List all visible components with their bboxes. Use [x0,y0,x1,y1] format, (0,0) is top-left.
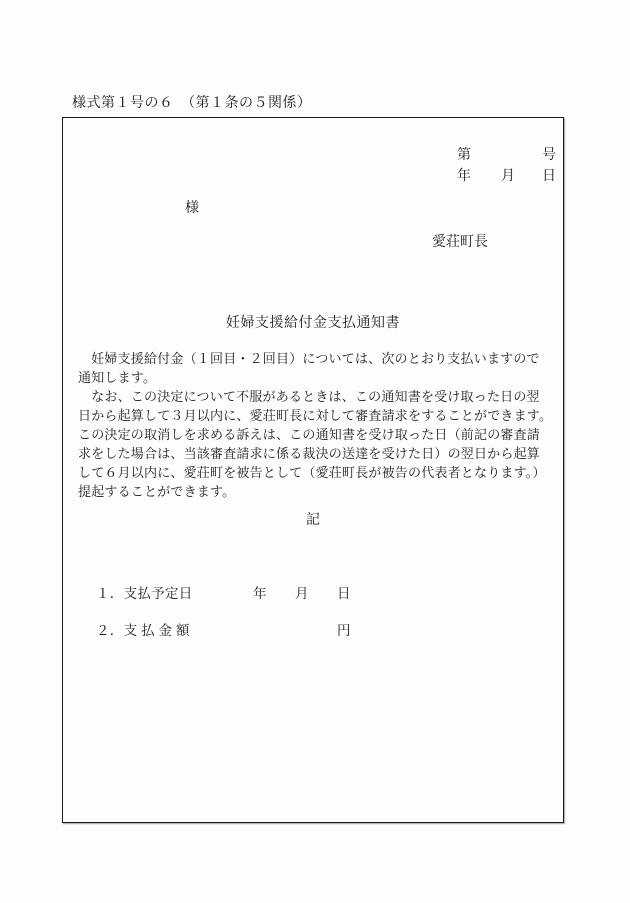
body-line: 提起することができます。 [78,482,552,501]
doc-number-prefix-label: 第 [457,144,471,164]
payment-amount-yen-label: 円 [337,619,351,639]
recipient-honorific: 様 [185,197,199,217]
body-line: なお、この決定について不服があるときは、この通知書を受け取った日の翌 [78,387,552,406]
payment-date-month-label: 月 [295,582,309,602]
document-title: 妊婦支援給付金支払通知書 [63,312,563,332]
document-page: 様式第１号の６ （第１条の５関係） 第 号 年 月 日 様 愛荘町長 妊婦支援給… [0,0,630,903]
payment-date-year-label: 年 [253,582,267,602]
doc-number-suffix-label: 号 [542,144,556,164]
body-line: 日から起算して３月以内に、愛荘町長に対して審査請求をすることができます。 [78,406,552,425]
document-border-box: 第 号 年 月 日 様 愛荘町長 妊婦支援給付金支払通知書 妊婦支援給付金（１回… [62,117,564,823]
date-day-label: 日 [542,165,556,185]
record-marker: 記 [63,509,563,529]
payment-date-day-label: 日 [337,582,351,602]
date-year-label: 年 [457,165,471,185]
form-style-label: 様式第１号の６ （第１条の５関係） [72,92,312,112]
item-payment-date: １．支払予定日 年 月 日 [63,582,563,600]
sender-name: 愛荘町長 [432,231,488,251]
item-payment-amount-label: ２．支 払 金 額 [96,619,190,639]
item-payment-date-label: １．支払予定日 [96,582,193,602]
body-line: して６月以内に、愛荘町を被告として（愛荘町長が被告の代表者となります。） [78,463,552,482]
body-line: 求をした場合は、当該審査請求に係る裁決の送達を受けた日）の翌日から起算 [78,444,552,463]
body-line: 妊婦支援給付金（１回目・２回目）については、次のとおり支払いますので [78,349,552,368]
body-line: この決定の取消しを求める訴えは、この通知書を受け取った日（前記の審査請 [78,425,552,444]
date-month-label: 月 [501,165,515,185]
item-payment-amount: ２．支 払 金 額 円 [63,619,563,637]
body-line: 通知します。 [78,368,552,387]
body-text: 妊婦支援給付金（１回目・２回目）については、次のとおり支払いますので 通知します… [78,349,552,501]
